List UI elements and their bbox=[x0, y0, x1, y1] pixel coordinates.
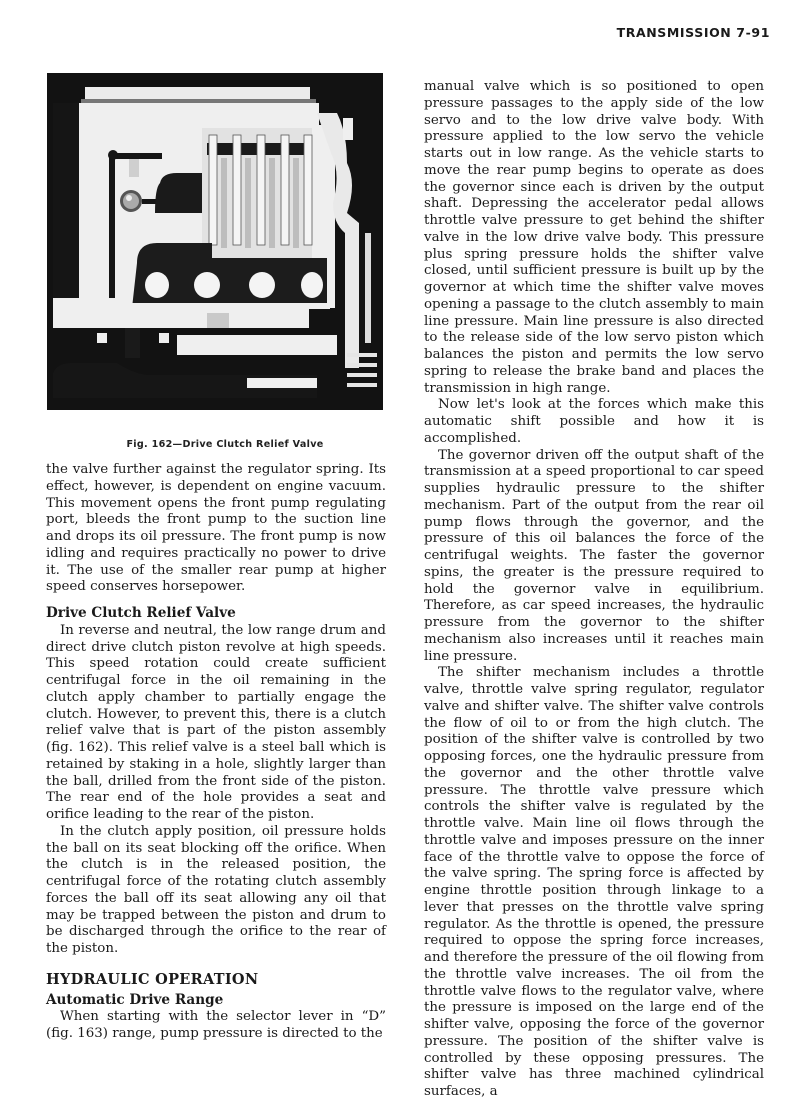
right-column: manual valve which is so positioned to o… bbox=[424, 79, 764, 1101]
paragraph: Now let's look at the forces which make … bbox=[424, 397, 764, 447]
figure-162 bbox=[47, 73, 383, 410]
paragraph: manual valve which is so positioned to o… bbox=[424, 79, 764, 397]
left-column: the valve further against the regulator … bbox=[46, 462, 386, 1043]
section-heading-automatic-drive-range: Automatic Drive Range bbox=[46, 992, 386, 1009]
paragraph: In reverse and neutral, the low range dr… bbox=[46, 623, 386, 824]
paragraph: In the clutch apply position, oil pressu… bbox=[46, 824, 386, 958]
section-heading-hydraulic-operation: HYDRAULIC OPERATION bbox=[46, 972, 386, 989]
paragraph: When starting with the selector lever in… bbox=[46, 1009, 386, 1043]
paragraph: the valve further against the regulator … bbox=[46, 462, 386, 596]
paragraph: The governor driven off the output shaft… bbox=[424, 448, 764, 666]
drive-clutch-relief-valve-illustration-icon bbox=[47, 73, 383, 410]
figure-caption: Fig. 162—Drive Clutch Relief Valve bbox=[30, 439, 420, 450]
running-head: TRANSMISSION 7-91 bbox=[617, 25, 770, 40]
section-heading-drive-clutch-relief-valve: Drive Clutch Relief Valve bbox=[46, 605, 386, 622]
paragraph: The shifter mechanism includes a throttl… bbox=[424, 665, 764, 1101]
